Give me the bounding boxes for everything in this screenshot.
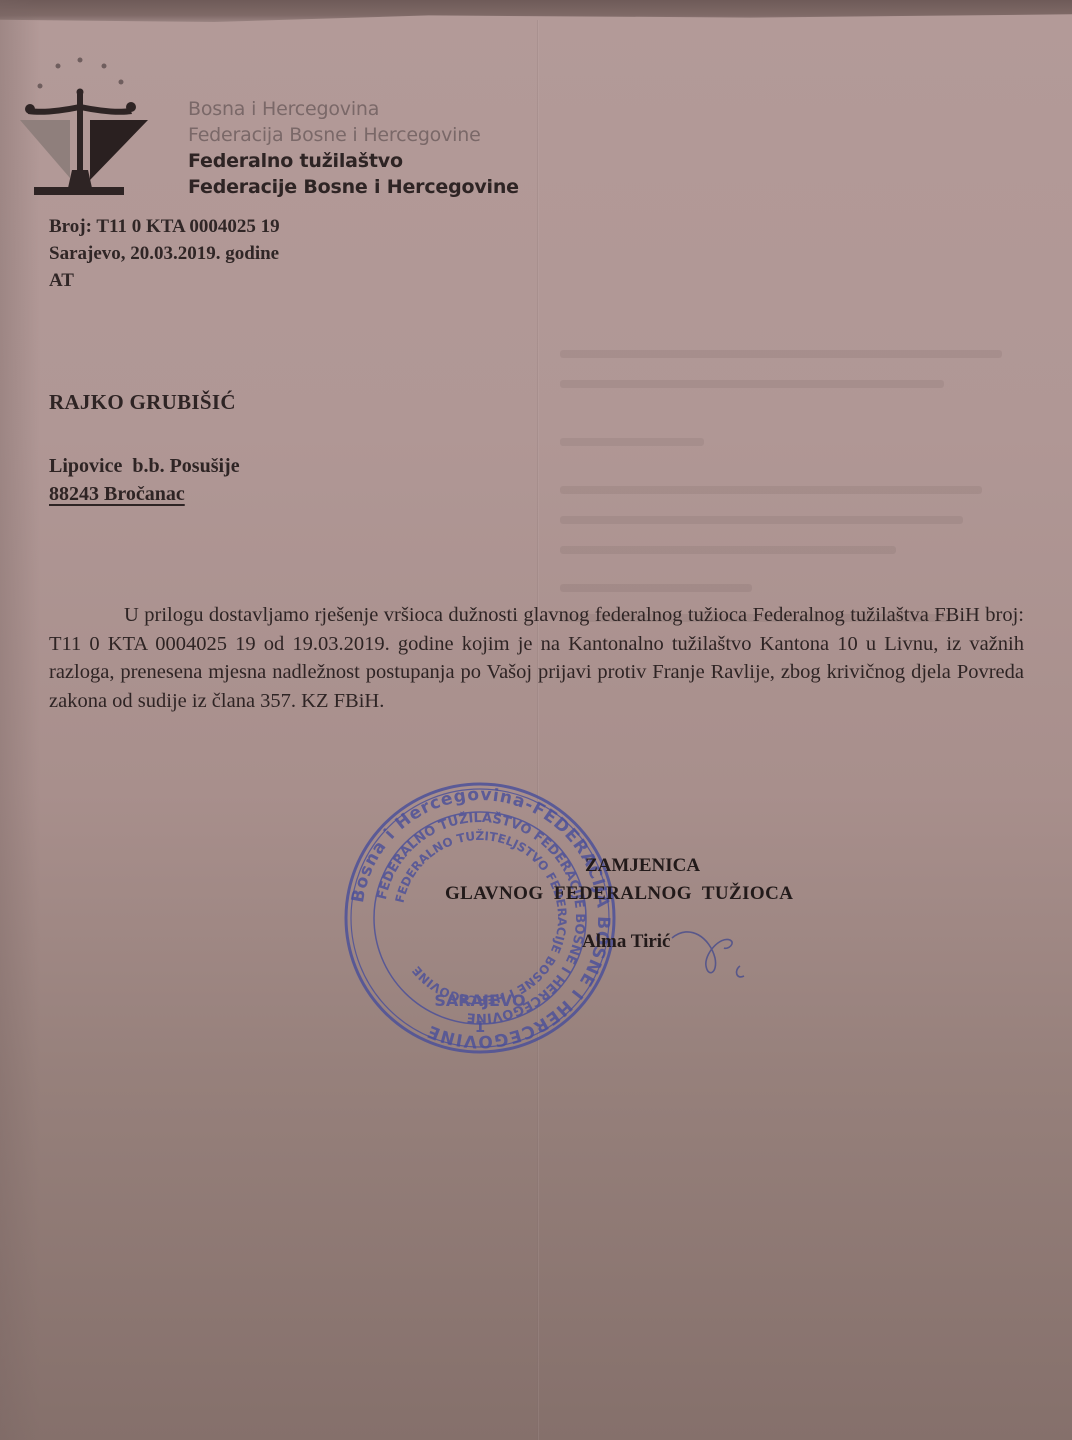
body-paragraph: U prilogu dostavljamo rješenje vršioca d… [49, 604, 1024, 712]
place-date: Sarajevo, 20.03.2019. godine [49, 240, 280, 267]
official-stamp-icon: Bosna i Hercegovina-FEDERACIJA BOSNE I H… [340, 778, 620, 1058]
scales-of-justice-logo-icon [20, 52, 160, 200]
stamp-number: 1 [475, 1018, 485, 1036]
stamp-city: SARAJEVO [434, 991, 525, 1010]
letterhead-institution: Federalno tužilaštvo [188, 148, 519, 174]
handwritten-signature-icon [670, 918, 790, 988]
reference-block: Broj: T11 0 KTA 0004025 19 Sarajevo, 20.… [49, 213, 280, 294]
letter-body: U prilogu dostavljamo rješenje vršioca d… [49, 601, 1024, 715]
recipient-address: Lipovice b.b. Posušije 88243 Bročanac [49, 452, 240, 508]
address-line-1: Lipovice b.b. Posušije [49, 452, 240, 480]
letterhead-country: Bosna i Hercegovina [188, 96, 519, 122]
page-edge-shadow [0, 0, 40, 1440]
recipient-name: RAJKO GRUBIŠIĆ [49, 390, 236, 415]
letterhead-institution-federation: Federacije Bosne i Hercegovine [188, 174, 519, 200]
letterhead-federation: Federacija Bosne i Hercegovine [188, 122, 519, 148]
address-line-2: 88243 Bročanac [49, 480, 185, 508]
paper-fold-line [537, 20, 539, 1440]
reference-number: Broj: T11 0 KTA 0004025 19 [49, 213, 280, 240]
stamp-inner-text-2: FEDERALNO TUŽITELJSTVO FEDERACIJE BOSNE … [393, 828, 570, 1007]
signatory-name: Alma Tirić [582, 928, 671, 956]
letterhead: Bosna i Hercegovina Federacija Bosne i H… [188, 96, 519, 200]
svg-text:FEDERALNO TUŽITELJSTVO FEDERAC: FEDERALNO TUŽITELJSTVO FEDERACIJE BOSNE … [393, 828, 570, 1007]
signatory-title-2: GLAVNOG FEDERALNOG TUŽIOCA [445, 880, 793, 908]
signatory-title-1: ZAMJENICA [585, 852, 700, 880]
background-fabric-strip [0, 0, 1072, 22]
author-initials: AT [49, 267, 280, 294]
